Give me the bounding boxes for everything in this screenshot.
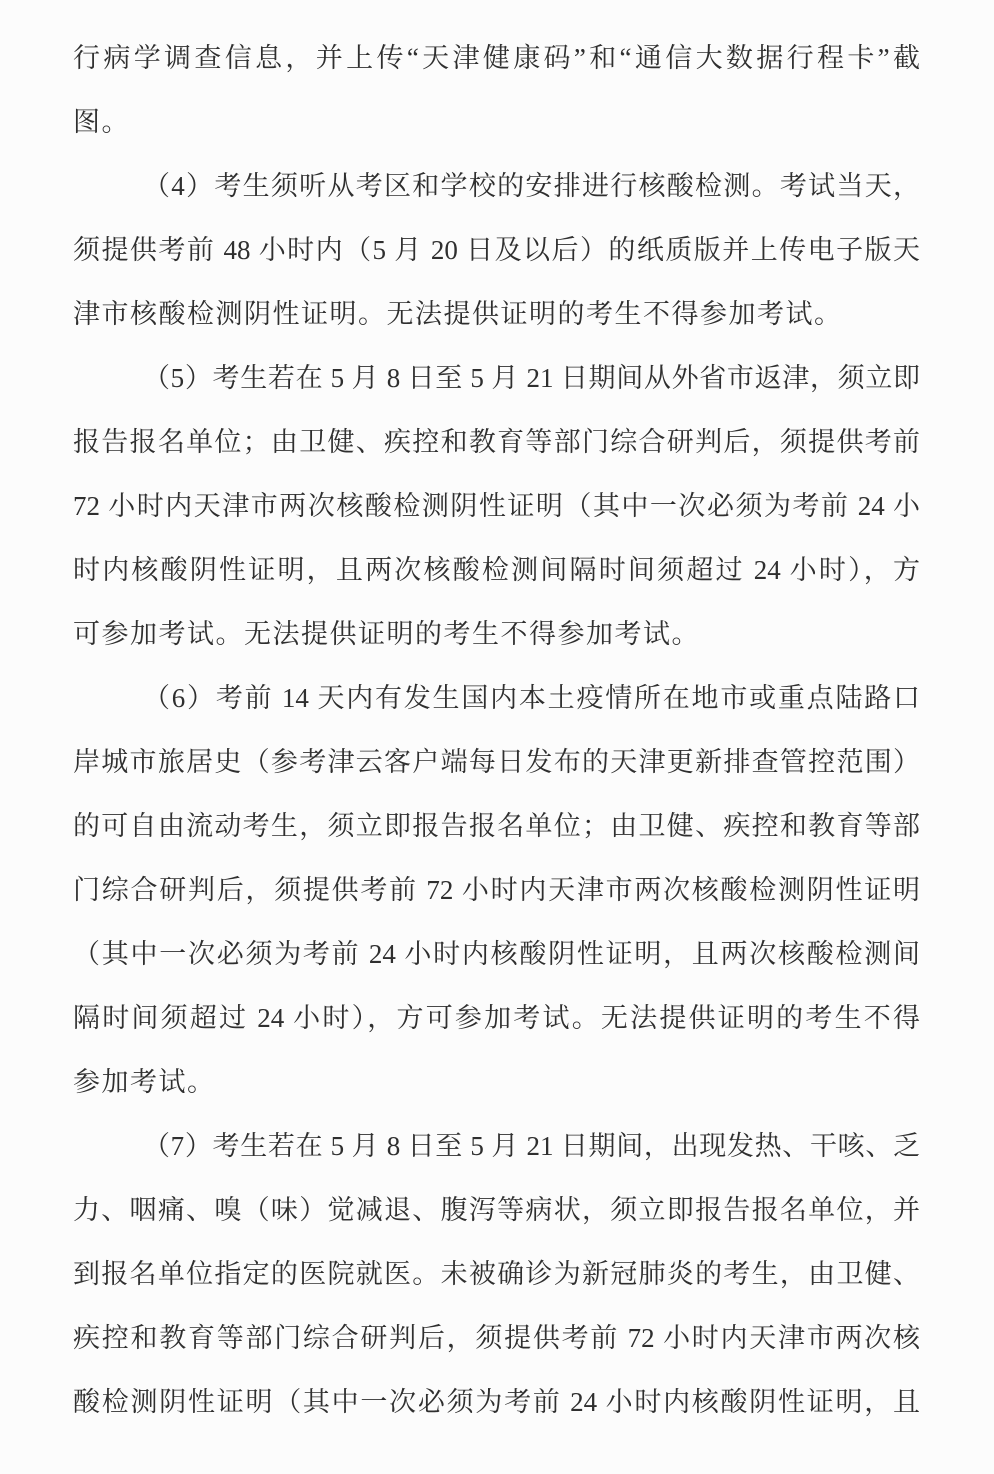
document-body: 行病学调查信息，并上传“天津健康码”和“通信大数据行程卡”截图。（4）考生须听从… (0, 0, 994, 1434)
document-line: 可参加考试。无法提供证明的考生不得参加考试。 (73, 602, 920, 666)
paragraph-item-5: （5）考生若在 5 月 8 日至 5 月 21 日期间从外省市返津，须立即报告报… (73, 346, 920, 666)
document-line: 门综合研判后，须提供考前 72 小时内天津市两次核酸检测阴性证明 (73, 858, 920, 922)
document-line: 岸城市旅居史（参考津云客户端每日发布的天津更新排查管控范围） (73, 730, 920, 794)
document-line: 行病学调查信息，并上传“天津健康码”和“通信大数据行程卡”截 (73, 26, 920, 90)
document-line: （其中一次必须为考前 24 小时内核酸阴性证明，且两次核酸检测间 (73, 922, 920, 986)
paragraph-item-7: （7）考生若在 5 月 8 日至 5 月 21 日期间，出现发热、干咳、乏力、咽… (73, 1114, 920, 1434)
document-line: 津市核酸检测阴性证明。无法提供证明的考生不得参加考试。 (73, 282, 920, 346)
paragraph-item-6: （6）考前 14 天内有发生国内本土疫情所在地市或重点陆路口岸城市旅居史（参考津… (73, 666, 920, 1114)
document-line: 参加考试。 (73, 1050, 920, 1114)
document-page: 行病学调查信息，并上传“天津健康码”和“通信大数据行程卡”截图。（4）考生须听从… (0, 0, 994, 1474)
document-line: 72 小时内天津市两次核酸检测阴性证明（其中一次必须为考前 24 小 (73, 474, 920, 538)
document-line: 须提供考前 48 小时内（5 月 20 日及以后）的纸质版并上传电子版天 (73, 218, 920, 282)
document-line: 力、咽痛、嗅（味）觉减退、腹泻等病状，须立即报告报名单位，并 (73, 1178, 920, 1242)
document-line: （4）考生须听从考区和学校的安排进行核酸检测。考试当天， (73, 154, 920, 218)
document-line: （5）考生若在 5 月 8 日至 5 月 21 日期间从外省市返津，须立即 (73, 346, 920, 410)
document-line: （7）考生若在 5 月 8 日至 5 月 21 日期间，出现发热、干咳、乏 (73, 1114, 920, 1178)
document-line: 图。 (73, 90, 920, 154)
document-line: 疾控和教育等部门综合研判后，须提供考前 72 小时内天津市两次核 (73, 1306, 920, 1370)
document-line: 到报名单位指定的医院就医。未被确诊为新冠肺炎的考生，由卫健、 (73, 1242, 920, 1306)
paragraph-item-4: （4）考生须听从考区和学校的安排进行核酸检测。考试当天，须提供考前 48 小时内… (73, 154, 920, 346)
document-line: （6）考前 14 天内有发生国内本土疫情所在地市或重点陆路口 (73, 666, 920, 730)
paragraph-continuation: 行病学调查信息，并上传“天津健康码”和“通信大数据行程卡”截图。 (73, 26, 920, 154)
document-line: 隔时间须超过 24 小时），方可参加考试。无法提供证明的考生不得 (73, 986, 920, 1050)
document-line: 的可自由流动考生，须立即报告报名单位；由卫健、疾控和教育等部 (73, 794, 920, 858)
document-line: 报告报名单位；由卫健、疾控和教育等部门综合研判后，须提供考前 (73, 410, 920, 474)
document-line: 酸检测阴性证明（其中一次必须为考前 24 小时内核酸阴性证明，且 (73, 1370, 920, 1434)
document-line: 时内核酸阴性证明，且两次核酸检测间隔时间须超过 24 小时），方 (73, 538, 920, 602)
